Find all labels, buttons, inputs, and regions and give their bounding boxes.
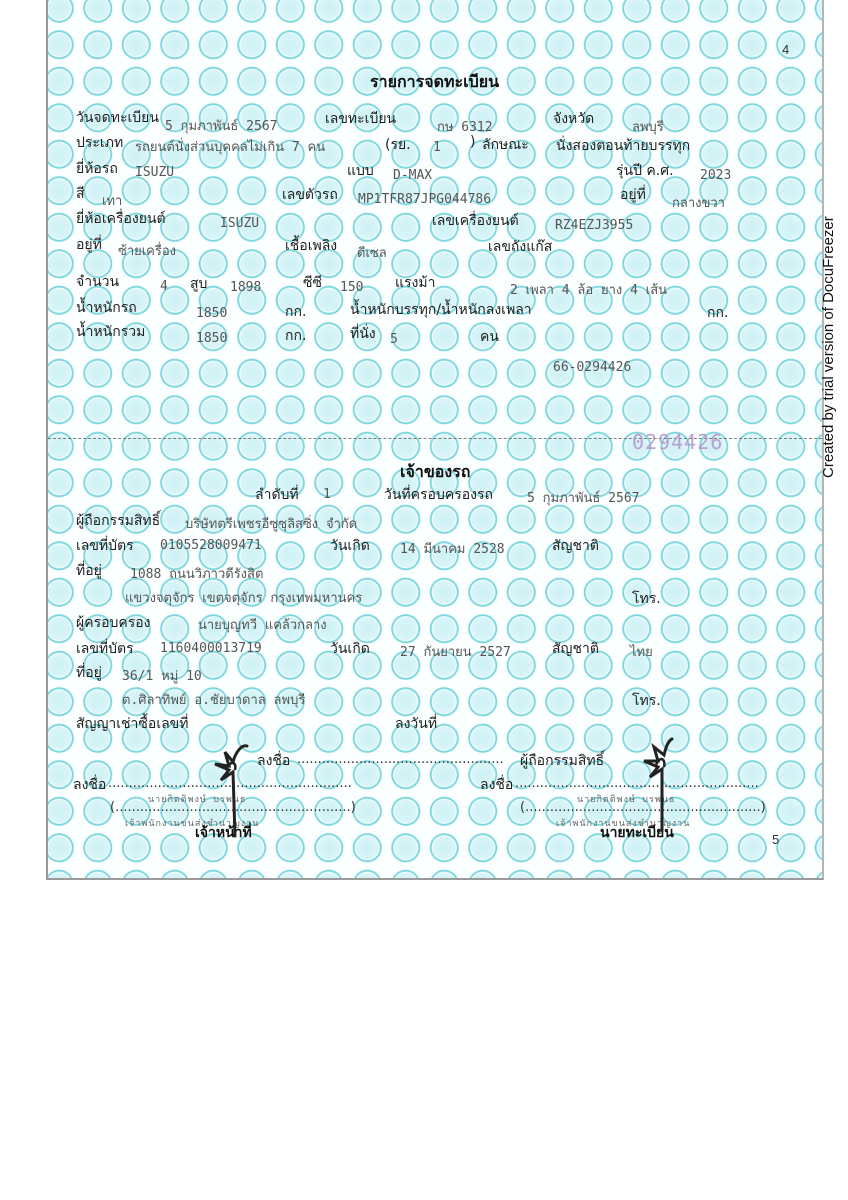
- holder-sign-role: ผู้ถือกรรมสิทธิ์: [520, 750, 604, 772]
- model-year-value: 2023: [700, 168, 731, 183]
- possessor-birth-value: 27 กันยายน 2527: [400, 641, 511, 662]
- vehicle-weight-value: 1850: [196, 306, 227, 321]
- fuel-label: เชื้อเพลิง: [285, 235, 337, 257]
- province-value: ลพบุรี: [632, 116, 664, 137]
- holder-address-line1: 1088 ถนนวิภาวดีรังสิต: [130, 563, 263, 584]
- chassis-number-value: MP1TFR87JPG044786: [358, 192, 491, 207]
- model-year-label: รุ่นปี ค.ศ.: [616, 160, 674, 182]
- possessor-label: ผู้ครอบครอง: [76, 612, 151, 634]
- vehicle-code-prefix: (รย.: [385, 134, 411, 156]
- fold-stamp-number: 0294426: [632, 430, 723, 454]
- registration-date-value: 5 กุมภาพันธ์ 2567: [165, 115, 278, 136]
- gross-weight-value: 1850: [196, 331, 227, 346]
- lease-contract-label: สัญญาเช่าซื้อเลขที่: [76, 713, 189, 735]
- engine-number-value: RZ4EZJ3955: [555, 218, 633, 233]
- body-style-label: ลักษณะ: [482, 134, 529, 156]
- horsepower-value: 150: [340, 280, 363, 295]
- displacement-value: 1898: [230, 280, 261, 295]
- horsepower-label: แรงม้า: [395, 272, 435, 294]
- registration-date-label: วันจดทะเบียน: [76, 107, 159, 129]
- engine-brand-value: ISUZU: [220, 216, 259, 231]
- title-holder-value: บริษัทตรีเพชรอีซูซุลิสซิ่ง จำกัด: [185, 513, 357, 534]
- seats-unit: คน: [480, 326, 499, 348]
- registration-title: รายการจดทะเบียน: [370, 70, 499, 95]
- cylinder-label: สูบ: [190, 273, 207, 295]
- holder-address-label: ที่อยู่: [76, 560, 102, 582]
- holder-sign-line: ........................................…: [297, 752, 504, 767]
- color-label: สี: [76, 183, 85, 205]
- holder-phone-label: โทร.: [632, 588, 661, 610]
- holder-birth-label: วันเกิด: [330, 535, 370, 557]
- seats-label: ที่นั่ง: [350, 323, 376, 345]
- vehicle-type-value: รถยนต์นั่งส่วนบุคคลไม่เกิน 7 คน: [135, 136, 325, 157]
- possessor-id-value: 1160400013719: [160, 641, 262, 656]
- registrar-signature-icon: [632, 735, 692, 835]
- owner-order-value: 1: [323, 487, 331, 502]
- possessor-value: นายบุญทวี แคล้วกลาง: [198, 614, 327, 635]
- seats-value: 5: [390, 332, 398, 347]
- load-weight-unit: กก.: [707, 302, 728, 324]
- officer-sign-label: ลงชื่อ: [73, 774, 106, 796]
- brand-value: ISUZU: [135, 165, 174, 180]
- page-number-top: 4: [782, 42, 789, 57]
- plate-label: เลขทะเบียน: [325, 108, 396, 130]
- possessor-address-line1: 36/1 หมู่ 10: [122, 665, 202, 686]
- engine-location-value: ซ้ายเครื่อง: [118, 240, 176, 261]
- chassis-location-value: กลางขวา: [672, 192, 725, 213]
- lease-date-label: ลงวันที่: [395, 713, 437, 735]
- vehicle-code-suffix: ): [470, 134, 475, 150]
- gas-tank-label: เลขถังแก๊ส: [488, 236, 552, 258]
- vehicle-code-value: 1: [433, 140, 441, 155]
- holder-birth-value: 14 มีนาคม 2528: [400, 538, 505, 559]
- province-label: จังหวัด: [553, 108, 594, 130]
- registrar-sign-label: ลงชื่อ: [480, 774, 513, 796]
- possessor-nationality-value: ไทย: [630, 641, 653, 662]
- possession-date-value: 5 กุมภาพันธ์ 2567: [527, 487, 640, 508]
- gross-weight-label: น้ำหนักรวม: [76, 321, 145, 343]
- document-serial-number: 66-0294426: [553, 360, 631, 375]
- cylinder-count-value: 4: [160, 279, 168, 294]
- brand-label: ยี่ห้อรถ: [76, 158, 118, 180]
- holder-id-value: 0105528009471: [160, 538, 262, 553]
- holder-address-line2: แขวงจตุจักร เขตจตุจักร กรุงเทพมหานคร: [125, 587, 362, 608]
- engine-brand-label: ยี่ห้อเครื่องยนต์: [76, 208, 166, 230]
- title-holder-label: ผู้ถือกรรมสิทธิ์: [76, 510, 160, 532]
- holder-id-label: เลขที่บัตร: [76, 535, 134, 557]
- officer-signature-icon: [205, 740, 265, 840]
- model-value: D-MAX: [393, 168, 432, 183]
- chassis-number-label: เลขตัวรถ: [282, 184, 338, 206]
- gross-weight-unit: กก.: [285, 325, 306, 347]
- chassis-location-label: อยู่ที่: [620, 184, 646, 206]
- body-style-value: นั่งสองตอนท้ายบรรทุก: [556, 135, 690, 157]
- fuel-value: ดีเซล: [357, 242, 387, 263]
- owner-section-title: เจ้าของรถ: [400, 460, 470, 485]
- vehicle-type-label: ประเภท: [76, 132, 123, 154]
- vehicle-weight-label: น้ำหนักรถ: [76, 297, 137, 319]
- possessor-address-label: ที่อยู่: [76, 662, 102, 684]
- model-label: แบบ: [347, 160, 374, 182]
- engine-location-label: อยู่ที่: [76, 234, 102, 256]
- possessor-id-label: เลขที่บัตร: [76, 638, 134, 660]
- possessor-nationality-label: สัญชาติ: [552, 638, 599, 660]
- holder-nationality-label: สัญชาติ: [552, 535, 599, 557]
- load-weight-label: น้ำหนักบรรทุก/น้ำหนักลงเพลา: [350, 299, 532, 321]
- possessor-phone-label: โทร.: [632, 690, 661, 712]
- page-number-bottom: 5: [772, 832, 779, 847]
- cylinder-count-label: จำนวน: [76, 271, 119, 293]
- engine-number-label: เลขเครื่องยนต์: [432, 210, 519, 232]
- possessor-address-line2: ต.ศิลาทิพย์ อ.ชัยบาดาล ลพบุรี: [122, 689, 305, 710]
- vehicle-weight-unit: กก.: [285, 301, 306, 323]
- docufreezer-watermark: Created by trial version of DocuFreezer: [820, 216, 837, 478]
- possession-date-label: วันที่ครอบครองรถ: [384, 484, 493, 506]
- owner-order-label: ลำดับที่: [255, 484, 299, 506]
- axle-wheel-tire-value: 2 เพลา 4 ล้อ ยาง 4 เส้น: [510, 279, 667, 300]
- possessor-birth-label: วันเกิด: [330, 638, 370, 660]
- cc-label: ซีซี: [303, 272, 322, 294]
